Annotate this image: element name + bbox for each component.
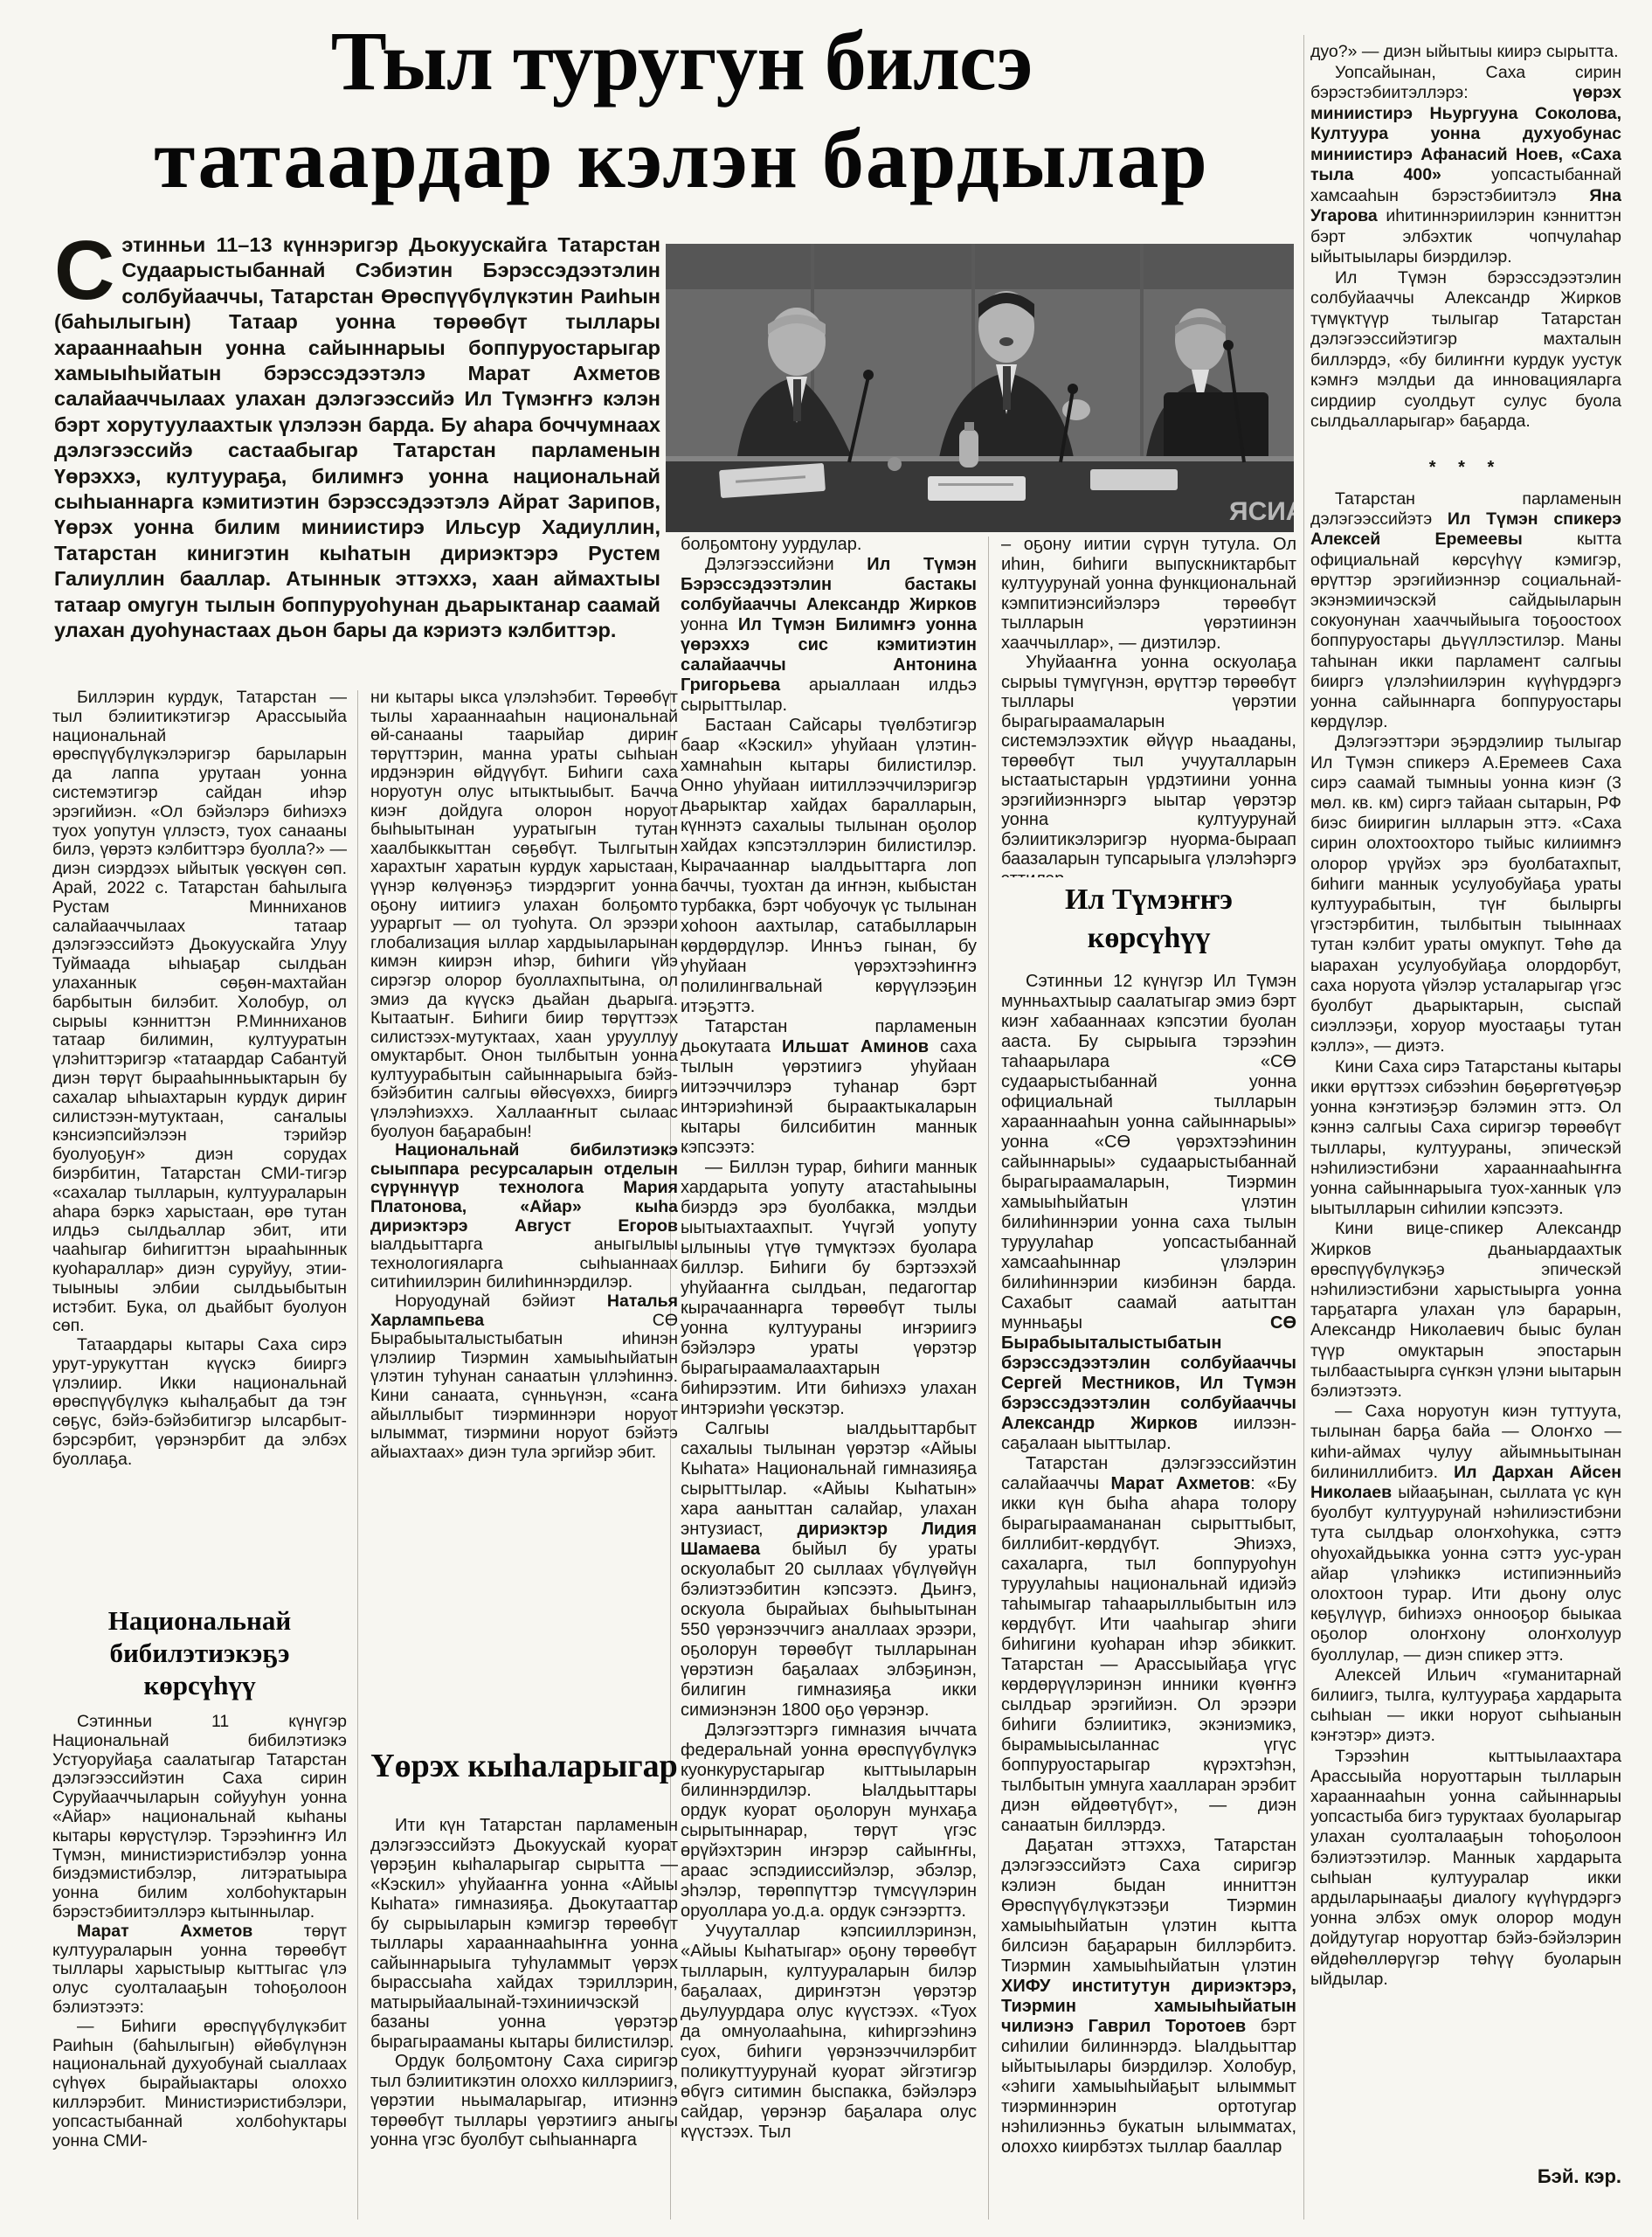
paragraph: Марат Ахметов төрүт култуураларын уонна … bbox=[52, 1922, 347, 2018]
article-headline: Тыл туругун билсэ татаардар кэлэн бардыл… bbox=[61, 12, 1302, 208]
paragraph: Сэтинньи 12 күнүгэр Ил Түмэн мунньахтыыр… bbox=[1001, 972, 1296, 1454]
byline: Бэй. кэр. bbox=[1310, 2165, 1621, 2188]
column-4-text: – оҕону иитии сүрүн тутула. Ол иһин, биһ… bbox=[1001, 535, 1296, 877]
headline-line-1: Тыл туругун билсэ bbox=[331, 14, 1032, 107]
column-rule bbox=[1303, 35, 1304, 2220]
paragraph: Дэлэгээттэргэ гимназия ыччата федеральна… bbox=[681, 1721, 977, 1922]
column-rule bbox=[357, 690, 358, 2220]
paragraph: Дэлэгээттэри эҕэрдэлиир тылыгар Ил Түмэн… bbox=[1310, 732, 1621, 1056]
paragraph: ни кытары ыкса үлэлэһэбит. Төрөөбүт тылы… bbox=[370, 689, 678, 1141]
paragraph: Сэтинньи 11 күнүгэр Национальнай бибилэт… bbox=[52, 1713, 347, 1922]
photo-watermark: ЯСИА bbox=[1229, 497, 1294, 526]
column-1-text: Биллэрин курдук, Татарстан — тыл бэлиити… bbox=[52, 689, 347, 1601]
lead-paragraph: Сэтинньи 11–13 күннэригэр Дьокуускайга Т… bbox=[54, 232, 660, 675]
paragraph: Кини вице-спикер Александр Жирков дьаныа… bbox=[1310, 1219, 1621, 1402]
paragraph: Уһуйааҥҥа уонна оскуолаҕа сырыы түмүгүнэ… bbox=[1001, 653, 1296, 877]
drop-cap: С bbox=[54, 232, 121, 304]
paragraph: – оҕону иитии сүрүн тутула. Ол иһин, биһ… bbox=[1001, 535, 1296, 653]
column-rule bbox=[988, 537, 989, 2220]
paragraph: Даҕатан эттэххэ, Татарстан дэлэгээссийэт… bbox=[1001, 1836, 1296, 2157]
paragraph: Дэлэгээссийэни Ил Түмэн Бэрэссэдээтэлин … bbox=[681, 555, 977, 716]
section-separator-stars: * * * bbox=[1310, 458, 1621, 478]
paragraph: Норуодунай бэйиэт Наталья Харлампьева СӨ… bbox=[370, 1292, 678, 1462]
lead-text: этинньи 11–13 күннэригэр Дьокуускайга Та… bbox=[54, 233, 660, 641]
paragraph: — Саха норуотун киэн туттуута, тылынан б… bbox=[1310, 1402, 1621, 1666]
column-5-text-continued: Татарстан парламенын дэлэгээссийэтэ Ил Т… bbox=[1310, 489, 1621, 2154]
column-4-text-continued: Сэтинньи 12 күнүгэр Ил Түмэн мунньахтыыр… bbox=[1001, 972, 1296, 2220]
paragraph: Учууталлар кэпсииллэринэн, «Айыы Кыһатыг… bbox=[681, 1922, 977, 2143]
paragraph: Бастаан Сайсары түөлбэтигэр баар «Кэскил… bbox=[681, 716, 977, 1017]
subhead-library-meeting: Национальнай бибилэтиэкэҕэ көрсүһүү bbox=[52, 1604, 347, 1706]
paragraph: — Биллэн турар, биһиги маннык хардарыта … bbox=[681, 1158, 977, 1419]
paragraph: дуо?» — диэн ыйытыы киирэ сырытта. bbox=[1310, 42, 1621, 63]
paragraph: Татарстан парламенын дьокутаата Ильшат А… bbox=[681, 1017, 977, 1158]
column-2-text-continued: Ити күн Татарстан парламенын дэлэгээссий… bbox=[370, 1816, 678, 2220]
paragraph: Ити күн Татарстан парламенын дэлэгээссий… bbox=[370, 1816, 678, 2052]
paragraph: Тэрээһин кыттыылаахтара Арассыыйа норуот… bbox=[1310, 1747, 1621, 1990]
paragraph: Национальнай бибилэтиэкэ сыыппара ресурс… bbox=[370, 1141, 678, 1292]
paragraph: Ил Түмэн бэрэссэдээтэлин солбуйааччы Але… bbox=[1310, 268, 1621, 433]
paragraph: Ордук болҕомтону Саха сиригэр тыл бэлиит… bbox=[370, 2052, 678, 2150]
paragraph: — Биһиги өрөспүүбүлүкэбит Раиһын (баһылы… bbox=[52, 2018, 347, 2151]
newspaper-page: Тыл туругун билсэ татаардар кэлэн бардыл… bbox=[0, 0, 1652, 2237]
paragraph: болҕомтону уурдулар. bbox=[681, 535, 977, 555]
column-2-text: ни кытары ыкса үлэлэһэбит. Төрөөбүт тылы… bbox=[370, 689, 678, 1711]
column-3-text: болҕомтону уурдулар.Дэлэгээссийэни Ил Тү… bbox=[681, 535, 977, 2220]
paragraph: Татаардары кытары Саха сирэ урут-урукутт… bbox=[52, 1336, 347, 1470]
paragraph: Татарстан парламенын дэлэгээссийэтэ Ил Т… bbox=[1310, 489, 1621, 732]
paragraph: Салгыы ыалдьыттарбыт сахалыы тылынан үөр… bbox=[681, 1419, 977, 1721]
column-1-text-continued: Сэтинньи 11 күнүгэр Национальнай бибилэт… bbox=[52, 1713, 347, 2220]
column-5-text: дуо?» — диэн ыйытыы киирэ сырытта.Уопсай… bbox=[1310, 42, 1621, 460]
paragraph: Биллэрин курдук, Татарстан — тыл бэлиити… bbox=[52, 689, 347, 1336]
photo-illustration: ЯСИА bbox=[666, 244, 1294, 532]
paragraph: Кини Саха сирэ Татарстаны кытары икки өр… bbox=[1310, 1057, 1621, 1220]
paragraph: Алексей Ильич «гуманитарнай билиигэ, тыл… bbox=[1310, 1666, 1621, 1747]
subhead-il-tumen-meeting: Ил Түмэҥҥэ көрсүһүү bbox=[1001, 881, 1296, 965]
photo: ЯСИА bbox=[666, 244, 1294, 532]
headline-line-2: татаардар кэлэн бардылар bbox=[154, 112, 1209, 205]
subhead-schools: Үөрэх кыһаларыгар bbox=[370, 1744, 678, 1793]
paragraph: Татарстан дэлэгээссийэтин салайааччы Мар… bbox=[1001, 1454, 1296, 1836]
paragraph: Уопсайынан, Саха сирин бэрэстэбиитэллэрэ… bbox=[1310, 63, 1621, 268]
